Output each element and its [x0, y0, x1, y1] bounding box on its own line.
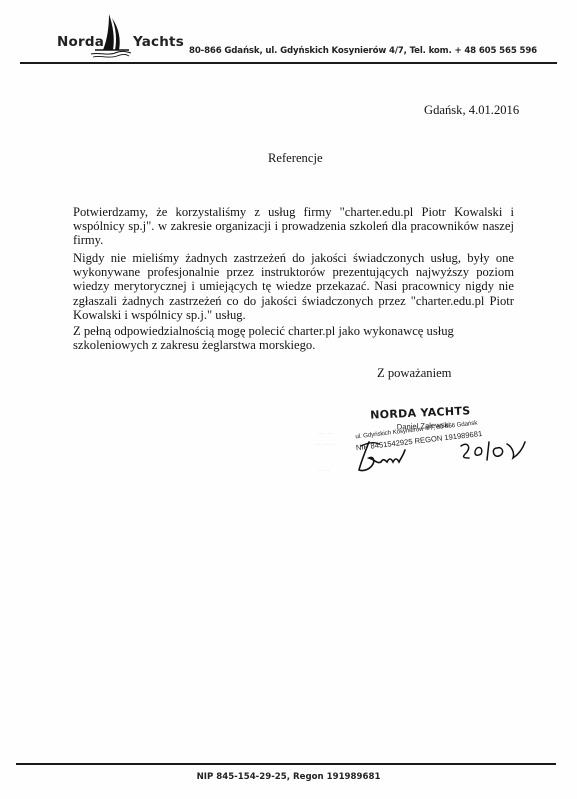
- paragraph-recommendation: Z pełną odpowiedzialnością mogę polecić …: [73, 324, 514, 352]
- paragraph-confirmation: Potwierdzamy, że korzystaliśmy z usług f…: [73, 205, 514, 248]
- letterhead-address: 80-866 Gdańsk, ul. Gdyńskich Kosynierów …: [189, 46, 537, 56]
- letter-page: Norda Yachts 80-866 Gdańsk, ul. Gdyńskic…: [0, 0, 577, 799]
- footer-registration: NIP 845-154-29-25, Regon 191989681: [0, 772, 577, 782]
- scan-artifact: ·· ··· ·: [316, 442, 335, 448]
- logo-brand-right: Yachts: [133, 34, 184, 50]
- handwritten-signature-icon: [355, 438, 530, 478]
- company-logo: Norda Yachts: [57, 12, 182, 58]
- letter-title: Referencje: [268, 151, 323, 166]
- footer-divider: [16, 763, 556, 765]
- header-divider: [20, 62, 557, 64]
- sailboat-icon: [89, 12, 133, 60]
- scan-artifact: ··· ··· ·: [318, 431, 340, 437]
- closing-salutation: Z poważaniem: [377, 366, 451, 381]
- stamp-company-name: NORDA YACHTS: [370, 404, 471, 421]
- scan-artifact: ·· ··: [318, 468, 330, 474]
- place-date: Gdańsk, 4.01.2016: [424, 103, 519, 118]
- paragraph-quality: Nigdy nie mieliśmy żadnych zastrzeżeń do…: [73, 251, 514, 322]
